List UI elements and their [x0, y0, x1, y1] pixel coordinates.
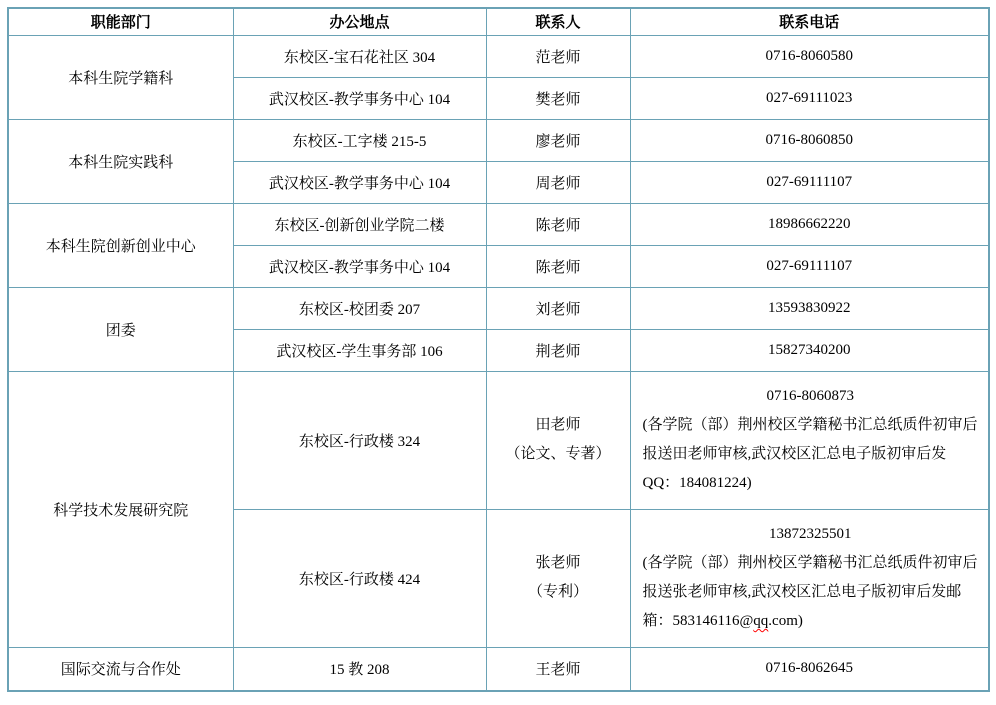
- header-contact: 联系人: [486, 8, 630, 35]
- location-cell: 东校区-行政楼 424: [233, 509, 486, 647]
- contact-role: （专利）: [493, 578, 624, 607]
- location-cell: 15 教 208: [233, 647, 486, 691]
- location-cell: 武汉校区-学生事务部 106: [233, 329, 486, 371]
- contact-table: 职能部门 办公地点 联系人 联系电话 本科生院学籍科 东校区-宝石花社区 304…: [7, 7, 990, 692]
- contact-role: （论文、专著）: [493, 440, 624, 469]
- contact-cell: 陈老师: [486, 245, 630, 287]
- phone-cell: 027-69111107: [630, 161, 989, 203]
- contact-cell: 范老师: [486, 35, 630, 77]
- location-cell: 东校区-校团委 207: [233, 287, 486, 329]
- contact-cell: 荆老师: [486, 329, 630, 371]
- phone-cell: 13593830922: [630, 287, 989, 329]
- phone-cell: 0716-8060873 (各学院（部）荆州校区学籍秘书汇总纸质件初审后报送田老…: [630, 371, 989, 509]
- contact-name: 田老师: [493, 411, 624, 440]
- phone-cell: 0716-8060850: [630, 119, 989, 161]
- phone-note: (各学院（部）荆州校区学籍秘书汇总纸质件初审后报送田老师审核,武汉校区汇总电子版…: [643, 411, 979, 498]
- email-tld: .com: [768, 613, 798, 629]
- header-location: 办公地点: [233, 8, 486, 35]
- location-cell: 武汉校区-教学事务中心 104: [233, 245, 486, 287]
- contact-cell: 张老师 （专利）: [486, 509, 630, 647]
- department-cell: 本科生院实践科: [8, 119, 233, 203]
- contact-cell: 周老师: [486, 161, 630, 203]
- phone-cell: 027-69111107: [630, 245, 989, 287]
- phone-cell: 027-69111023: [630, 77, 989, 119]
- contact-cell: 廖老师: [486, 119, 630, 161]
- phone-note-close: ): [798, 613, 803, 629]
- contact-name: 张老师: [493, 549, 624, 578]
- contact-cell: 田老师 （论文、专著）: [486, 371, 630, 509]
- phone-cell: 13872325501 (各学院（部）荆州校区学籍秘书汇总纸质件初审后报送张老师…: [630, 509, 989, 647]
- phone-note: (各学院（部）荆州校区学籍秘书汇总纸质件初审后报送张老师审核,武汉校区汇总电子版…: [643, 549, 979, 636]
- location-cell: 东校区-创新创业学院二楼: [233, 203, 486, 245]
- contact-cell: 刘老师: [486, 287, 630, 329]
- table-header-row: 职能部门 办公地点 联系人 联系电话: [8, 8, 989, 35]
- table-row: 本科生院创新创业中心 东校区-创新创业学院二楼 陈老师 18986662220: [8, 203, 989, 245]
- phone-number: 13872325501: [643, 520, 979, 549]
- location-cell: 东校区-行政楼 324: [233, 371, 486, 509]
- location-cell: 东校区-工字楼 215-5: [233, 119, 486, 161]
- table-row: 本科生院实践科 东校区-工字楼 215-5 廖老师 0716-8060850: [8, 119, 989, 161]
- header-department: 职能部门: [8, 8, 233, 35]
- phone-cell: 0716-8062645: [630, 647, 989, 691]
- table-row: 科学技术发展研究院 东校区-行政楼 324 田老师 （论文、专著） 0716-8…: [8, 371, 989, 509]
- email-user: 583146116@: [673, 613, 754, 629]
- contact-cell: 陈老师: [486, 203, 630, 245]
- contact-cell: 樊老师: [486, 77, 630, 119]
- contact-cell: 王老师: [486, 647, 630, 691]
- location-cell: 东校区-宝石花社区 304: [233, 35, 486, 77]
- department-cell: 团委: [8, 287, 233, 371]
- table-row: 团委 东校区-校团委 207 刘老师 13593830922: [8, 287, 989, 329]
- department-cell: 国际交流与合作处: [8, 647, 233, 691]
- department-cell: 科学技术发展研究院: [8, 371, 233, 647]
- department-cell: 本科生院创新创业中心: [8, 203, 233, 287]
- email-domain-misspell: qq: [753, 613, 768, 629]
- location-cell: 武汉校区-教学事务中心 104: [233, 161, 486, 203]
- page: 职能部门 办公地点 联系人 联系电话 本科生院学籍科 东校区-宝石花社区 304…: [0, 0, 996, 699]
- location-cell: 武汉校区-教学事务中心 104: [233, 77, 486, 119]
- phone-cell: 18986662220: [630, 203, 989, 245]
- phone-cell: 15827340200: [630, 329, 989, 371]
- phone-cell: 0716-8060580: [630, 35, 989, 77]
- table-row: 本科生院学籍科 东校区-宝石花社区 304 范老师 0716-8060580: [8, 35, 989, 77]
- table-row: 国际交流与合作处 15 教 208 王老师 0716-8062645: [8, 647, 989, 691]
- department-cell: 本科生院学籍科: [8, 35, 233, 119]
- header-phone: 联系电话: [630, 8, 989, 35]
- phone-number: 0716-8060873: [643, 382, 979, 411]
